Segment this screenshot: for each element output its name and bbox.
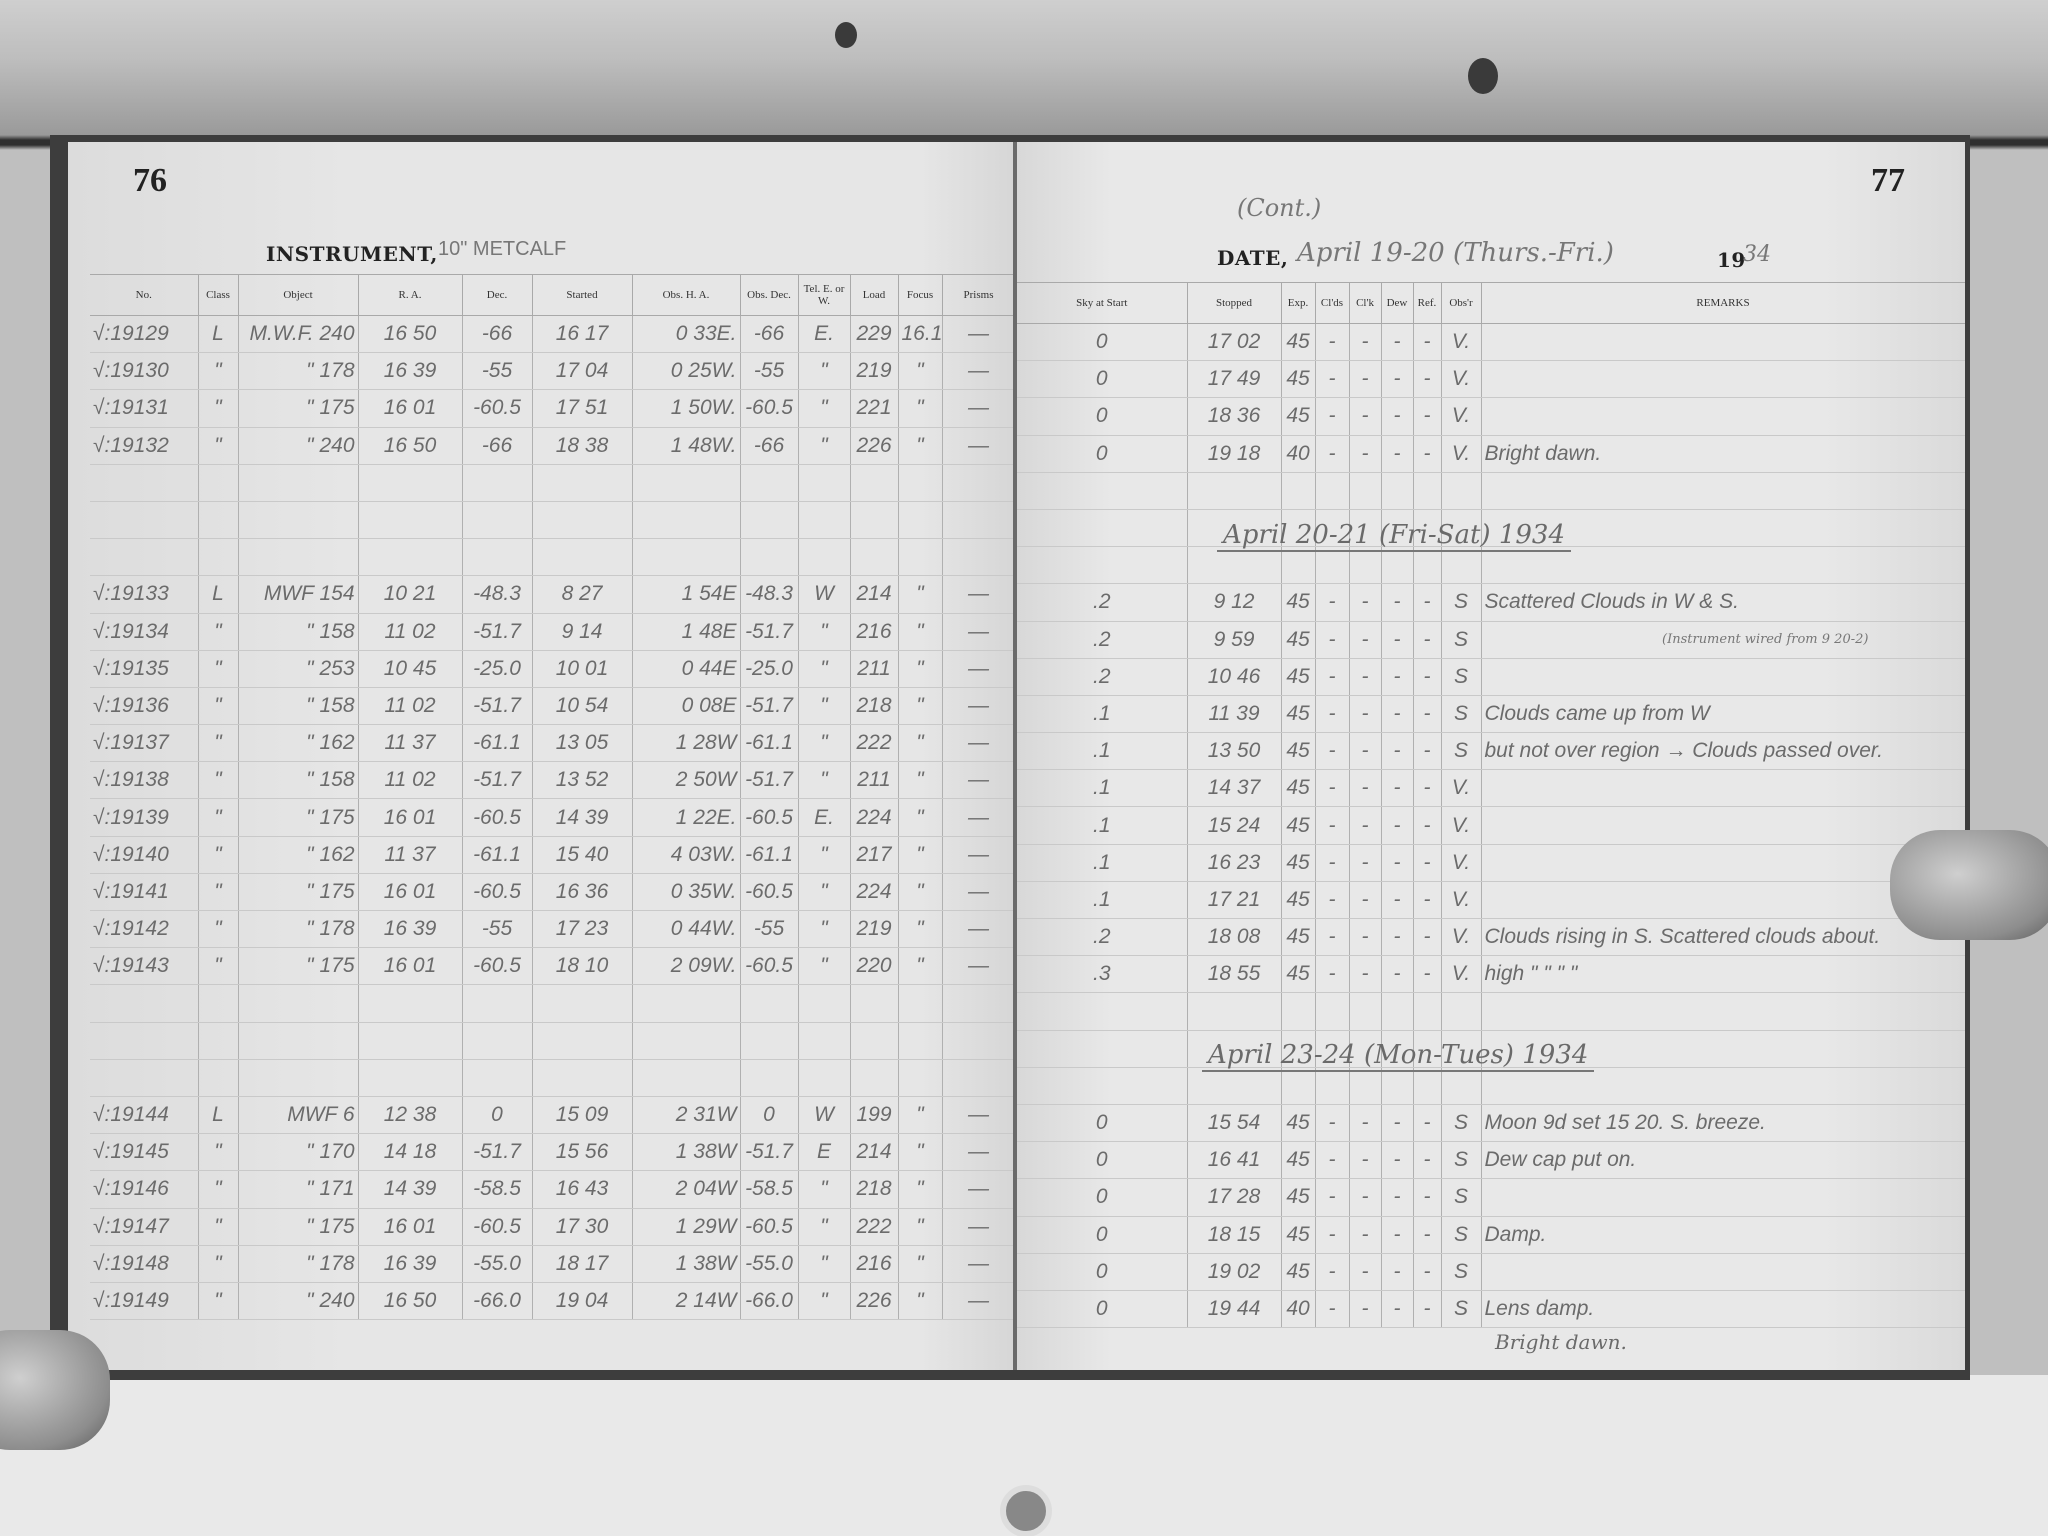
table-row xyxy=(1017,472,1965,509)
cell-clds: - xyxy=(1315,398,1349,435)
cell-ref: - xyxy=(1413,919,1441,956)
clip xyxy=(1000,1485,1052,1536)
cell-focus: " xyxy=(898,762,942,799)
cell-obs-ha xyxy=(632,464,740,501)
cell-exp: 45 xyxy=(1281,695,1315,732)
cell-clds: - xyxy=(1315,324,1349,361)
cell-no: √:19133 xyxy=(90,576,198,613)
cell-remarks: Dew cap put on. xyxy=(1481,1142,1965,1179)
cell-load: 216 xyxy=(850,1245,898,1282)
cell-class: " xyxy=(198,390,238,427)
cell-dew: - xyxy=(1381,956,1413,993)
cell-clds: - xyxy=(1315,956,1349,993)
cell-obs-ha: 0 44W. xyxy=(632,911,740,948)
cell-tel: " xyxy=(798,725,850,762)
cell-remarks xyxy=(1481,770,1965,807)
table-row: .116 2345----V. xyxy=(1017,844,1965,881)
cell-obs-ha: 1 54E xyxy=(632,576,740,613)
cell-class: " xyxy=(198,613,238,650)
cell-class xyxy=(198,1059,238,1096)
table-row: √:19138"" 15811 02-51.713 522 50W-51.7"2… xyxy=(90,762,1015,799)
cell-clk: - xyxy=(1349,844,1381,881)
cell-obs-ha: 0 25W. xyxy=(632,353,740,390)
cell-obsr xyxy=(1441,1067,1481,1104)
table-row: √:19141"" 17516 01-60.516 360 35W.-60.5"… xyxy=(90,873,1015,910)
cell-obs-ha: 2 50W xyxy=(632,762,740,799)
cell-sky: .2 xyxy=(1017,658,1187,695)
right-page: 77 (Cont.) DATE, April 19-20 (Thurs.-Fri… xyxy=(1017,142,1965,1370)
cell-ra xyxy=(358,1059,462,1096)
column-header: Dec. xyxy=(462,275,532,316)
table-row: 016 4145----SDew cap put on. xyxy=(1017,1142,1965,1179)
cont-note: (Cont.) xyxy=(1237,194,1321,222)
cell-started: 15 56 xyxy=(532,1134,632,1171)
cell-sky: .1 xyxy=(1017,733,1187,770)
cell-prisms: — xyxy=(942,873,1015,910)
cell-ra: 16 50 xyxy=(358,1282,462,1319)
cell-tel: " xyxy=(798,948,850,985)
cell-stopped: 17 28 xyxy=(1187,1179,1281,1216)
cell-dew: - xyxy=(1381,1179,1413,1216)
cell-stopped xyxy=(1187,1067,1281,1104)
cell-object: " 158 xyxy=(238,687,358,724)
cell-tel: E xyxy=(798,1134,850,1171)
cell-dec: -66 xyxy=(462,427,532,464)
cell-load: 219 xyxy=(850,353,898,390)
table-row: 019 1840----V.Bright dawn. xyxy=(1017,435,1965,472)
cell-exp: 45 xyxy=(1281,881,1315,918)
table-row xyxy=(90,501,1015,538)
cell-clk: - xyxy=(1349,695,1381,732)
table-row: √:19136"" 15811 02-51.710 540 08E-51.7"2… xyxy=(90,687,1015,724)
cell-focus: " xyxy=(898,1171,942,1208)
cell-dew: - xyxy=(1381,881,1413,918)
cell-started: 8 27 xyxy=(532,576,632,613)
cell-sky xyxy=(1017,547,1187,584)
cell-no: √:19145 xyxy=(90,1134,198,1171)
cell-dew: - xyxy=(1381,807,1413,844)
table-row: .29 1245----SScattered Clouds in W & S. xyxy=(1017,584,1965,621)
cell-stopped xyxy=(1187,472,1281,509)
cell-clk: - xyxy=(1349,919,1381,956)
cell-focus: " xyxy=(898,1208,942,1245)
cell-obsr: S xyxy=(1441,1290,1481,1327)
table-row: .113 5045----Sbut not over region → Clou… xyxy=(1017,733,1965,770)
cell-ref: - xyxy=(1413,1179,1441,1216)
cell-tel xyxy=(798,985,850,1022)
cell-tel: " xyxy=(798,353,850,390)
cell-clds: - xyxy=(1315,435,1349,472)
cell-ra: 12 38 xyxy=(358,1096,462,1133)
cell-obs-ha: 2 14W xyxy=(632,1282,740,1319)
cell-clds: - xyxy=(1315,1179,1349,1216)
cell-no: √:19131 xyxy=(90,390,198,427)
cell-started: 16 36 xyxy=(532,873,632,910)
cell-stopped: 15 24 xyxy=(1187,807,1281,844)
cell-dec xyxy=(462,1022,532,1059)
cell-dec xyxy=(462,464,532,501)
cell-class: " xyxy=(198,873,238,910)
cell-dew: - xyxy=(1381,770,1413,807)
cell-clds: - xyxy=(1315,621,1349,658)
section-heading-april-20-21: April 20-21 (Fri-Sat) 1934 xyxy=(1217,520,1571,552)
table-row xyxy=(90,1059,1015,1096)
year-prefix: 19 xyxy=(1717,248,1746,272)
cell-prisms xyxy=(942,539,1015,576)
cell-obs-dec xyxy=(740,1059,798,1096)
cell-no: √:19139 xyxy=(90,799,198,836)
cell-ra: 11 02 xyxy=(358,687,462,724)
cell-clds: - xyxy=(1315,807,1349,844)
cell-exp xyxy=(1281,547,1315,584)
cell-started: 17 23 xyxy=(532,911,632,948)
cell-obs-dec: -61.1 xyxy=(740,725,798,762)
cell-class: L xyxy=(198,316,238,353)
cell-obsr: S xyxy=(1441,1142,1481,1179)
cell-load xyxy=(850,985,898,1022)
cell-remarks xyxy=(1481,324,1965,361)
cell-load: 218 xyxy=(850,1171,898,1208)
cell-load: 216 xyxy=(850,613,898,650)
cell-obs-dec xyxy=(740,985,798,1022)
cell-obs-dec: -55.0 xyxy=(740,1245,798,1282)
cell-exp xyxy=(1281,472,1315,509)
cell-dec: -60.5 xyxy=(462,948,532,985)
cell-started xyxy=(532,985,632,1022)
cell-sky: .3 xyxy=(1017,956,1187,993)
cell-prisms: — xyxy=(942,650,1015,687)
cell-exp: 45 xyxy=(1281,361,1315,398)
table-row xyxy=(1017,547,1965,584)
cell-prisms: — xyxy=(942,762,1015,799)
table-row: √:19145"" 17014 18-51.715 561 38W-51.7E2… xyxy=(90,1134,1015,1171)
date-value: April 19-20 (Thurs.-Fri.) xyxy=(1297,238,1614,268)
cell-class xyxy=(198,1022,238,1059)
cell-ra: 14 18 xyxy=(358,1134,462,1171)
cell-obs-dec: -55 xyxy=(740,353,798,390)
table-row: .111 3945----SClouds came up from W xyxy=(1017,695,1965,732)
cell-tel: W xyxy=(798,576,850,613)
cell-prisms: — xyxy=(942,725,1015,762)
cell-class: " xyxy=(198,1208,238,1245)
table-row xyxy=(90,1022,1015,1059)
cell-exp: 45 xyxy=(1281,956,1315,993)
cell-stopped: 9 59 xyxy=(1187,621,1281,658)
cell-obs-dec xyxy=(740,1022,798,1059)
cell-exp xyxy=(1281,993,1315,1030)
cell-ra: 16 01 xyxy=(358,873,462,910)
cell-exp: 40 xyxy=(1281,435,1315,472)
cell-ra: 16 39 xyxy=(358,911,462,948)
thumb-left xyxy=(0,1330,110,1450)
column-header: Stopped xyxy=(1187,283,1281,324)
cell-started: 18 17 xyxy=(532,1245,632,1282)
cell-class xyxy=(198,501,238,538)
cell-tel xyxy=(798,464,850,501)
cell-exp: 45 xyxy=(1281,584,1315,621)
column-header: Sky at Start xyxy=(1017,283,1187,324)
cell-remarks xyxy=(1481,1067,1965,1104)
cell-tel: " xyxy=(798,911,850,948)
cell-dew: - xyxy=(1381,621,1413,658)
cell-stopped: 13 50 xyxy=(1187,733,1281,770)
cell-sky: .2 xyxy=(1017,584,1187,621)
cell-obs-ha: 1 48W. xyxy=(632,427,740,464)
cell-obsr: S xyxy=(1441,1253,1481,1290)
cell-started xyxy=(532,464,632,501)
cell-clds xyxy=(1315,472,1349,509)
cell-no: √:19140 xyxy=(90,836,198,873)
cell-dew: - xyxy=(1381,1216,1413,1253)
cell-ra xyxy=(358,985,462,1022)
cell-ra: 16 50 xyxy=(358,316,462,353)
cell-dew: - xyxy=(1381,1253,1413,1290)
cell-ref: - xyxy=(1413,584,1441,621)
cell-started: 16 43 xyxy=(532,1171,632,1208)
cell-class: " xyxy=(198,353,238,390)
year-suffix: 34 xyxy=(1743,242,1771,267)
cell-clds: - xyxy=(1315,361,1349,398)
cell-obsr: S xyxy=(1441,695,1481,732)
cell-obsr: V. xyxy=(1441,844,1481,881)
cell-sky xyxy=(1017,509,1187,546)
cell-dew: - xyxy=(1381,1290,1413,1327)
cell-sky: .1 xyxy=(1017,881,1187,918)
cell-stopped xyxy=(1187,547,1281,584)
cell-no: √:19148 xyxy=(90,1245,198,1282)
table-row: √:19134"" 15811 02-51.79 141 48E-51.7"21… xyxy=(90,613,1015,650)
cell-dec: -61.1 xyxy=(462,725,532,762)
cell-object: M.W.F. 240 xyxy=(238,316,358,353)
cell-class: " xyxy=(198,1282,238,1319)
cell-no: √:19146 xyxy=(90,1171,198,1208)
cell-ref: - xyxy=(1413,1253,1441,1290)
cell-clds xyxy=(1315,993,1349,1030)
cell-prisms: — xyxy=(942,613,1015,650)
cell-dew: - xyxy=(1381,1142,1413,1179)
column-header: Dew xyxy=(1381,283,1413,324)
instrument-value: 10" METCALF xyxy=(438,238,566,261)
table-row: √:19146"" 17114 39-58.516 432 04W-58.5"2… xyxy=(90,1171,1015,1208)
cell-load: 224 xyxy=(850,873,898,910)
cell-clk: - xyxy=(1349,435,1381,472)
cell-dec: -55 xyxy=(462,353,532,390)
cell-remarks xyxy=(1481,398,1965,435)
cell-object: " 178 xyxy=(238,353,358,390)
table-row: 018 1545----SDamp. xyxy=(1017,1216,1965,1253)
cell-sky: .2 xyxy=(1017,621,1187,658)
cell-class: " xyxy=(198,1134,238,1171)
cell-load: 218 xyxy=(850,687,898,724)
cell-prisms: — xyxy=(942,948,1015,985)
cell-clk: - xyxy=(1349,1179,1381,1216)
cell-clk: - xyxy=(1349,361,1381,398)
table-row: √:19149"" 24016 50-66.019 042 14W-66.0"2… xyxy=(90,1282,1015,1319)
cell-obsr: V. xyxy=(1441,807,1481,844)
cell-started: 13 05 xyxy=(532,725,632,762)
cell-started: 18 38 xyxy=(532,427,632,464)
cell-obsr: V. xyxy=(1441,919,1481,956)
cell-sky: 0 xyxy=(1017,361,1187,398)
cell-exp: 40 xyxy=(1281,1290,1315,1327)
cell-obs-ha: 1 38W xyxy=(632,1245,740,1282)
cell-focus: " xyxy=(898,1134,942,1171)
cell-exp: 45 xyxy=(1281,1179,1315,1216)
cell-object: " 170 xyxy=(238,1134,358,1171)
instrument-label: INSTRUMENT, xyxy=(266,242,438,266)
cell-clds: - xyxy=(1315,733,1349,770)
cell-obs-ha: 2 04W xyxy=(632,1171,740,1208)
cell-sky: 0 xyxy=(1017,1179,1187,1216)
cell-obs-dec: 0 xyxy=(740,1096,798,1133)
cell-obs-dec: -60.5 xyxy=(740,1208,798,1245)
cell-dec: -60.5 xyxy=(462,799,532,836)
cell-no: √:19138 xyxy=(90,762,198,799)
cell-sky: 0 xyxy=(1017,1216,1187,1253)
table-row: √:19133LMWF 15410 21-48.38 271 54E-48.3W… xyxy=(90,576,1015,613)
cell-class: L xyxy=(198,1096,238,1133)
cell-dec xyxy=(462,985,532,1022)
cell-prisms xyxy=(942,985,1015,1022)
cell-tel xyxy=(798,1059,850,1096)
cell-obsr: V. xyxy=(1441,398,1481,435)
cell-obsr: V. xyxy=(1441,770,1481,807)
cell-load: 229 xyxy=(850,316,898,353)
cell-obs-ha: 1 50W. xyxy=(632,390,740,427)
table-row: √:19144LMWF 612 38015 092 31W0W199"— xyxy=(90,1096,1015,1133)
table-row: .318 5545----V.high " " " " xyxy=(1017,956,1965,993)
column-header: Load xyxy=(850,275,898,316)
cell-dec xyxy=(462,539,532,576)
cell-ref: - xyxy=(1413,1104,1441,1141)
cell-no: √:19130 xyxy=(90,353,198,390)
cell-no: √:19141 xyxy=(90,873,198,910)
cell-no: √:19132 xyxy=(90,427,198,464)
cell-ra: 14 39 xyxy=(358,1171,462,1208)
cell-object: " 171 xyxy=(238,1171,358,1208)
cell-prisms xyxy=(942,1022,1015,1059)
column-header: Obs'r xyxy=(1441,283,1481,324)
cell-load xyxy=(850,1059,898,1096)
cell-dew: - xyxy=(1381,919,1413,956)
cell-no xyxy=(90,464,198,501)
cell-obsr: S xyxy=(1441,1216,1481,1253)
cell-started: 9 14 xyxy=(532,613,632,650)
cell-clds xyxy=(1315,1067,1349,1104)
cell-remarks xyxy=(1481,807,1965,844)
cell-exp: 45 xyxy=(1281,807,1315,844)
cell-focus: " xyxy=(898,836,942,873)
cell-no: √:19143 xyxy=(90,948,198,985)
column-header: Started xyxy=(532,275,632,316)
cell-sky xyxy=(1017,1067,1187,1104)
thumb-right xyxy=(1890,830,2048,940)
cell-tel: " xyxy=(798,1171,850,1208)
cell-obs-dec: -58.5 xyxy=(740,1171,798,1208)
cell-prisms: — xyxy=(942,1282,1015,1319)
cell-dec: -66 xyxy=(462,316,532,353)
cell-prisms: — xyxy=(942,911,1015,948)
cell-object: " 240 xyxy=(238,427,358,464)
table-row: √:19140"" 16211 37-61.115 404 03W.-61.1"… xyxy=(90,836,1015,873)
cell-dew: - xyxy=(1381,324,1413,361)
cell-ra: 11 02 xyxy=(358,762,462,799)
section-heading-april-23-24: April 23-24 (Mon-Tues) 1934 xyxy=(1202,1040,1594,1072)
cell-load xyxy=(850,539,898,576)
cell-obsr xyxy=(1441,472,1481,509)
cell-ref: - xyxy=(1413,1290,1441,1327)
cell-prisms: — xyxy=(942,799,1015,836)
cell-ra: 10 21 xyxy=(358,576,462,613)
cell-class: L xyxy=(198,576,238,613)
cell-dec: -25.0 xyxy=(462,650,532,687)
cell-remarks: Lens damp. xyxy=(1481,1290,1965,1327)
cell-exp: 45 xyxy=(1281,621,1315,658)
left-page: 76 INSTRUMENT, 10" METCALF No.ClassObjec… xyxy=(68,142,1015,1370)
wood-knot xyxy=(835,22,857,48)
cell-ref xyxy=(1413,1067,1441,1104)
cell-stopped: 17 02 xyxy=(1187,324,1281,361)
table-row: 019 4440----S Lens damp. xyxy=(1017,1290,1965,1327)
cell-object xyxy=(238,539,358,576)
page-number-left: 76 xyxy=(133,162,167,200)
cell-remarks xyxy=(1481,361,1965,398)
cell-prisms: — xyxy=(942,427,1015,464)
table-row xyxy=(1017,1067,1965,1104)
cell-prisms: — xyxy=(942,1208,1015,1245)
cell-obsr: S xyxy=(1441,584,1481,621)
cell-obs-ha xyxy=(632,1059,740,1096)
cell-obs-ha xyxy=(632,539,740,576)
column-header: Prisms xyxy=(942,275,1015,316)
cell-started: 14 39 xyxy=(532,799,632,836)
cell-ra: 16 01 xyxy=(358,799,462,836)
cell-object: MWF 154 xyxy=(238,576,358,613)
cell-tel: " xyxy=(798,1208,850,1245)
cell-prisms xyxy=(942,464,1015,501)
cell-load: 214 xyxy=(850,576,898,613)
column-header: REMARKS xyxy=(1481,283,1965,324)
cell-remarks xyxy=(1481,1179,1965,1216)
table-row: 015 5445----SMoon 9d set 15 20. S. breez… xyxy=(1017,1104,1965,1141)
cell-clk: - xyxy=(1349,1253,1381,1290)
cell-remarks: Moon 9d set 15 20. S. breeze. xyxy=(1481,1104,1965,1141)
cell-tel xyxy=(798,539,850,576)
cell-clds: - xyxy=(1315,770,1349,807)
cell-started: 17 30 xyxy=(532,1208,632,1245)
cell-load xyxy=(850,464,898,501)
cell-clds: - xyxy=(1315,1253,1349,1290)
cell-obs-dec: -55 xyxy=(740,911,798,948)
cell-stopped: 10 46 xyxy=(1187,658,1281,695)
column-header: No. xyxy=(90,275,198,316)
cell-sky: 0 xyxy=(1017,398,1187,435)
cell-obs-ha: 1 38W xyxy=(632,1134,740,1171)
cell-class xyxy=(198,464,238,501)
cell-object xyxy=(238,1059,358,1096)
cell-remarks: but not over region → Clouds passed over… xyxy=(1481,733,1965,770)
cell-dec: -51.7 xyxy=(462,1134,532,1171)
column-header: Obs. Dec. xyxy=(740,275,798,316)
cell-class: " xyxy=(198,650,238,687)
cell-obs-dec: -48.3 xyxy=(740,576,798,613)
cell-clds: - xyxy=(1315,584,1349,621)
cell-object: " 175 xyxy=(238,873,358,910)
cell-prisms: — xyxy=(942,353,1015,390)
cell-dec: -60.5 xyxy=(462,873,532,910)
table-row: 018 3645----V. xyxy=(1017,398,1965,435)
cell-ref: - xyxy=(1413,361,1441,398)
